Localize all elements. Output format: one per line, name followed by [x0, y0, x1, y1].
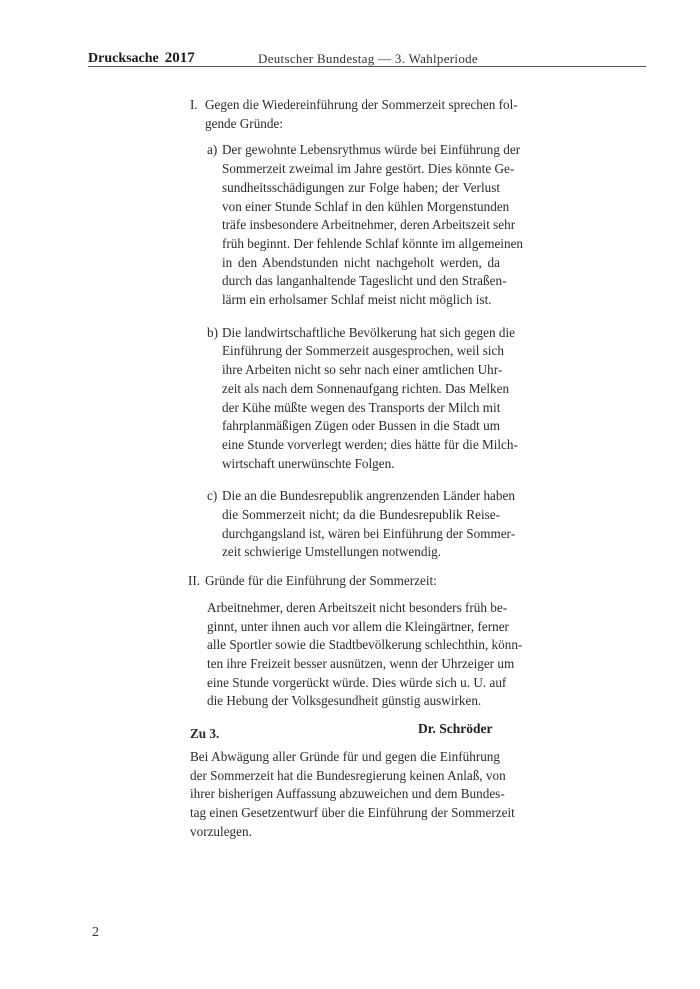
- text-line: von einer Stunde Schlaf in den kühlen Mo…: [222, 198, 500, 217]
- text-line: Die landwirtschaftliche Bevölkerung hat …: [222, 324, 500, 343]
- page-number: 2: [92, 925, 99, 941]
- text-line: Die an die Bundesrepublik angrenzenden L…: [222, 487, 500, 506]
- text-line: eine Stunde vorverlegt werden; dies hätt…: [222, 436, 500, 455]
- zu3-body: Bei Abwägung aller Gründe für und gegen …: [190, 748, 500, 842]
- section-i: I. Gegen die Wiedereinführung der Sommer…: [190, 96, 500, 133]
- text-line: zeit schwierige Umstellungen notwendig.: [222, 543, 500, 562]
- text-line: ginnt, unter ihnen auch vor allem die Kl…: [207, 618, 500, 637]
- item-a-marker: a): [207, 141, 217, 160]
- section-i-marker: I.: [190, 96, 198, 115]
- text-line: gende Gründe:: [205, 115, 500, 134]
- text-line: in den Abendstunden nicht nachgeholt wer…: [222, 254, 500, 273]
- text-line: die Hebung der Volksgesundheit günstig a…: [207, 692, 500, 711]
- text-line: alle Sportler sowie die Stadtbevölkerung…: [207, 636, 500, 655]
- text-line: durchgangsland ist, wären bei Einführung…: [222, 525, 500, 544]
- text-line: fahrplanmäßigen Zügen oder Bussen in die…: [222, 417, 500, 436]
- text-line: vorzulegen.: [190, 823, 500, 842]
- text-line: träfe insbesondere Arbeitnehmer, deren A…: [222, 216, 500, 235]
- text-line: der Sommerzeit hat die Bundesregierung k…: [190, 767, 500, 786]
- section-ii: II. Gründe für die Einführung der Sommer…: [188, 572, 500, 591]
- text-line: durch das langanhaltende Tageslicht und …: [222, 272, 500, 291]
- text-line: früh beginnt. Der fehlende Schlaf könnte…: [222, 235, 500, 254]
- section-ii-heading: Gründe für die Einführung der Sommerzeit…: [205, 572, 500, 591]
- text-line: ten ihre Freizeit besser ausnützen, wenn…: [207, 655, 500, 674]
- text-line: Gegen die Wiedereinführung der Sommerzei…: [205, 96, 500, 115]
- signature: Dr. Schröder: [418, 721, 493, 737]
- text-line: zeit als nach dem Sonnenaufgang richten.…: [222, 380, 500, 399]
- text-line: ihrer bisherigen Auffassung abzuweichen …: [190, 785, 500, 804]
- text-line: die Sommerzeit nicht; da die Bundesrepub…: [222, 506, 500, 525]
- text-line: Einführung der Sommerzeit ausgesprochen,…: [222, 342, 500, 361]
- item-c-marker: c): [207, 487, 217, 506]
- text-line: Sommerzeit zweimal im Jahre gestört. Die…: [222, 160, 500, 179]
- text-line: lärm ein erholsamer Schlaf meist nicht m…: [222, 291, 500, 310]
- header-rule: [88, 66, 646, 67]
- text-line: ihre Arbeiten nicht so sehr nach einer a…: [222, 361, 500, 380]
- text-line: der Kühe müßte wegen des Transports der …: [222, 399, 500, 418]
- text-line: Bei Abwägung aller Gründe für und gegen …: [190, 748, 500, 767]
- item-c: c) Die an die Bundesrepublik angrenzende…: [190, 487, 500, 562]
- text-line: sundheitsschädigungen zur Folge haben; d…: [222, 179, 500, 198]
- text-line: tag einen Gesetzentwurf über die Einführ…: [190, 804, 500, 823]
- doc-number: 2017: [165, 50, 195, 66]
- item-b: b) Die landwirtschaftliche Bevölkerung h…: [190, 324, 500, 474]
- text-line: eine Stunde vorgerückt würde. Dies würde…: [207, 674, 500, 693]
- running-title: Deutscher Bundestag — 3. Wahlperiode: [258, 51, 478, 67]
- text-line: Arbeitnehmer, deren Arbeitszeit nicht be…: [207, 599, 500, 618]
- section-ii-body: Arbeitnehmer, deren Arbeitszeit nicht be…: [190, 599, 500, 711]
- text-line: Der gewohnte Lebensrythmus würde bei Ein…: [222, 141, 500, 160]
- section-ii-marker: II.: [188, 572, 200, 591]
- document-page: Drucksache2017 Deutscher Bundestag — 3. …: [0, 0, 700, 989]
- item-b-marker: b): [207, 324, 218, 343]
- page-header: Drucksache2017 Deutscher Bundestag — 3. …: [88, 50, 648, 70]
- item-a: a) Der gewohnte Lebensrythmus würde bei …: [190, 141, 500, 309]
- doc-label: Drucksache2017: [88, 50, 195, 67]
- text-line: wirtschaft unerwünschte Folgen.: [222, 455, 500, 474]
- doc-label-text: Drucksache: [88, 51, 159, 66]
